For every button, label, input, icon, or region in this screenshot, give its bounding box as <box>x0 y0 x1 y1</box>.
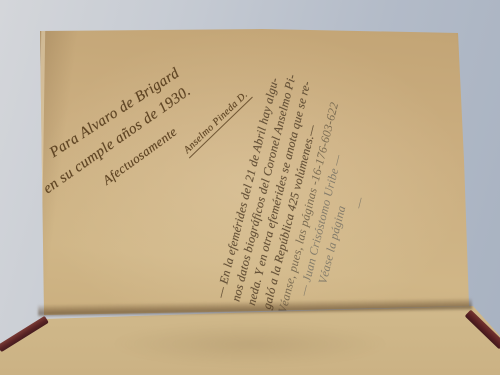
photo: Para Alvaro de Brigard en su cumple años… <box>0 0 500 375</box>
page-smudge <box>110 322 390 366</box>
